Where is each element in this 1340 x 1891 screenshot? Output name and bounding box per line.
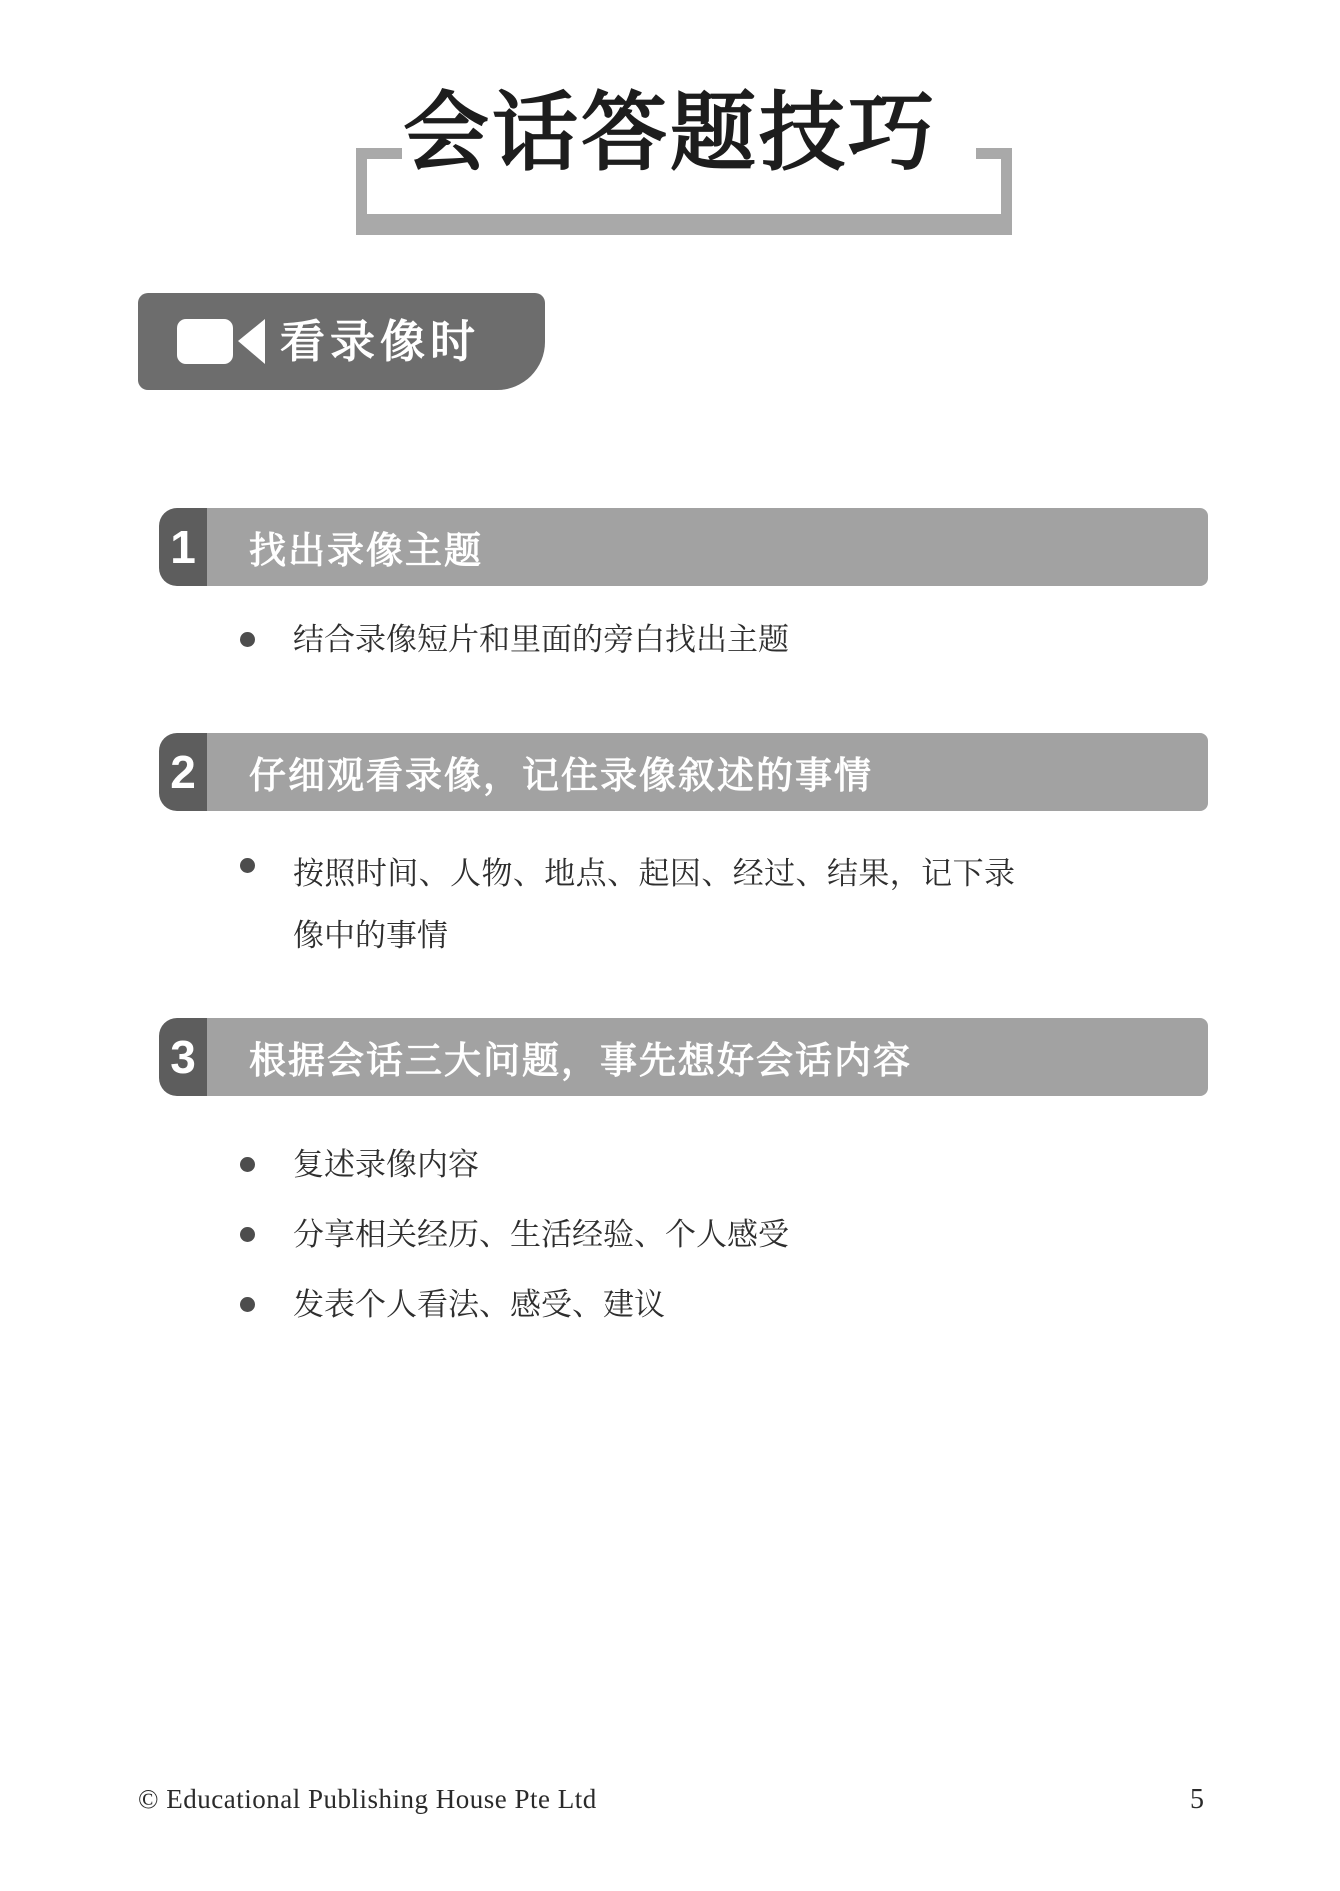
bullet-dot — [240, 1297, 255, 1312]
bullet-dot — [240, 858, 255, 873]
section-1-bullet-1: 结合录像短片和里面的旁白找出主题 — [240, 617, 789, 663]
video-camera-icon — [177, 319, 267, 364]
bullet-dot — [240, 632, 255, 647]
section-2-number-badge: 2 — [159, 733, 207, 811]
bullet-text: 复述录像内容 — [293, 1142, 479, 1188]
bullet-dot — [240, 1227, 255, 1242]
section-1-number-badge: 1 — [159, 508, 207, 586]
section-1-heading-bar: 1 找出录像主题 — [159, 508, 1208, 586]
section-1-bar-body: 找出录像主题 — [207, 508, 1208, 586]
section-3-bullet-3: 发表个人看法、感受、建议 — [240, 1282, 665, 1328]
video-camera-lens — [238, 319, 265, 364]
section-3-number-badge: 3 — [159, 1018, 207, 1096]
bullet-text: 按照时间、人物、地点、起因、经过、结果，记下录像中的事情 — [293, 843, 1015, 967]
section-2-heading: 仔细观看录像，记住录像叙述的事情 — [249, 745, 873, 799]
bullet-dot — [240, 1157, 255, 1172]
section-3-bar-body: 根据会话三大问题，事先想好会话内容 — [207, 1018, 1208, 1096]
section-2-bar-body: 仔细观看录像，记住录像叙述的事情 — [207, 733, 1208, 811]
banner-label: 看录像时 — [280, 293, 480, 390]
section-2-bullet-1: 按照时间、人物、地点、起因、经过、结果，记下录像中的事情 — [240, 843, 1015, 967]
section-3-bullet-2: 分享相关经历、生活经验、个人感受 — [240, 1212, 789, 1258]
video-camera-body — [177, 319, 233, 364]
footer-copyright: © Educational Publishing House Pte Ltd — [138, 1784, 597, 1815]
section-3-heading-bar: 3 根据会话三大问题，事先想好会话内容 — [159, 1018, 1208, 1096]
bullet-text: 分享相关经历、生活经验、个人感受 — [293, 1212, 789, 1258]
page-number: 5 — [1190, 1784, 1204, 1816]
section-2-heading-bar: 2 仔细观看录像，记住录像叙述的事情 — [159, 733, 1208, 811]
section-3-heading: 根据会话三大问题，事先想好会话内容 — [249, 1030, 912, 1084]
bullet-text: 发表个人看法、感受、建议 — [293, 1282, 665, 1328]
section-1-heading: 找出录像主题 — [249, 520, 483, 574]
page-title: 会话答题技巧 — [0, 86, 1340, 181]
section-banner-watch-video: 看录像时 — [138, 293, 545, 390]
section-3-bullet-1: 复述录像内容 — [240, 1142, 479, 1188]
bullet-text: 结合录像短片和里面的旁白找出主题 — [293, 617, 789, 663]
